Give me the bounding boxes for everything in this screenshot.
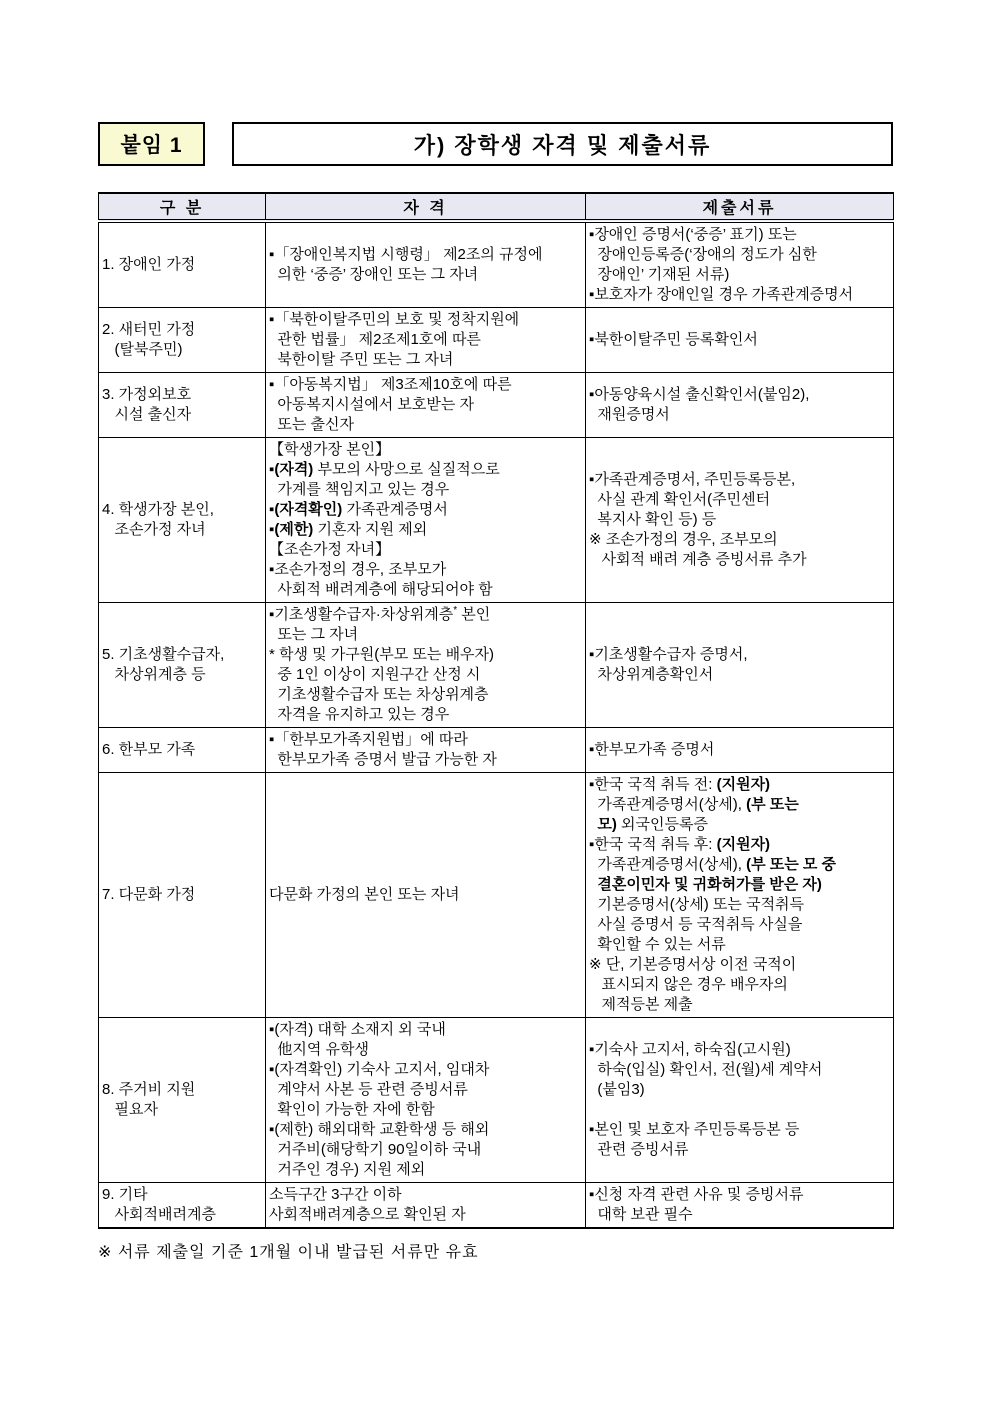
text-line: 대학 보관 필수 <box>589 1205 890 1225</box>
table-row: 1. 장애인 가정▪「장애인복지법 시행령」 제2조의 규정에 의한 ‘중증’ … <box>99 221 894 308</box>
col-header-category: 구 분 <box>99 193 266 221</box>
qualification-cell: ▪「장애인복지법 시행령」 제2조의 규정에 의한 ‘중증’ 장애인 또는 그 … <box>266 221 586 308</box>
text-line: 또는 출신자 <box>269 415 582 435</box>
text-line: ▪「한부모가족지원법」에 따라 <box>269 730 582 750</box>
text-line: 차상위계층확인서 <box>589 665 890 685</box>
text-line: ▪기초생활수급자·차상위계층* 본인 <box>269 605 582 625</box>
documents-cell: ▪한국 국적 취득 전: (지원자) 가족관계증명서(상세), (부 또는 모)… <box>586 773 894 1018</box>
text-line: 他지역 유학생 <box>269 1040 582 1060</box>
table-row: 2. 새터민 가정 (탈북주민)▪「북한이탈주민의 보호 및 정착지원에 관한 … <box>99 308 894 373</box>
text-line: 필요자 <box>102 1100 262 1120</box>
text-line: 사실 관계 확인서(주민센터 <box>589 490 890 510</box>
text-line: 자격을 유지하고 있는 경우 <box>269 705 582 725</box>
text-line: (탈북주민) <box>102 340 262 360</box>
table-row: 8. 주거비 지원 필요자▪(자격) 대학 소재지 외 국내 他지역 유학생▪(… <box>99 1018 894 1183</box>
text-line: ▪조손가정의 경우, 조부모가 <box>269 560 582 580</box>
qualification-cell: 【학생가장 본인】▪(자격) 부모의 사망으로 실질적으로 가계를 책임지고 있… <box>266 438 586 603</box>
documents-cell: ▪아동양육시설 출신확인서(붙임2), 재원증명서 <box>586 373 894 438</box>
text-line: ▪「아동복지법」 제3조제10호에 따른 <box>269 375 582 395</box>
category-cell: 6. 한부모 가족 <box>99 728 266 773</box>
text-line: ▪(자격) 대학 소재지 외 국내 <box>269 1020 582 1040</box>
text-line: ▪「북한이탈주민의 보호 및 정착지원에 <box>269 310 582 330</box>
documents-cell: ▪신청 자격 관련 사유 및 증빙서류 대학 보관 필수 <box>586 1183 894 1229</box>
text-line: 한부모가족 증명서 발급 가능한 자 <box>269 750 582 770</box>
text-line: 관한 법률」 제2조제1호에 따른 <box>269 330 582 350</box>
text-line: 확인할 수 있는 서류 <box>589 935 890 955</box>
text-line: 사실 증명서 등 국적취득 사실을 <box>589 915 890 935</box>
header-row: 구 분 자 격 제출서류 <box>99 193 894 221</box>
category-cell: 5. 기초생활수급자, 차상위계층 등 <box>99 603 266 728</box>
text-line: 【조손가정 자녀】 <box>269 540 582 560</box>
category-cell: 9. 기타 사회적배려계층 <box>99 1183 266 1229</box>
category-cell: 2. 새터민 가정 (탈북주민) <box>99 308 266 373</box>
text-line: 4. 학생가장 본인, <box>102 500 262 520</box>
text-line: ▪(제한) 해외대학 교환학생 등 해외 <box>269 1120 582 1140</box>
text-line: 6. 한부모 가족 <box>102 740 262 760</box>
category-cell: 8. 주거비 지원 필요자 <box>99 1018 266 1183</box>
page-header: 붙임 1 가) 장학생 자격 및 제출서류 <box>98 122 894 166</box>
table-row: 3. 가정외보호 시설 출신자▪「아동복지법」 제3조제10호에 따른 아동복지… <box>99 373 894 438</box>
text-line: 【학생가장 본인】 <box>269 440 582 460</box>
documents-cell: ▪장애인 증명서(‘중증’ 표기) 또는 장애인등록증(‘장애의 정도가 심한 … <box>586 221 894 308</box>
text-line: 가계를 책임지고 있는 경우 <box>269 480 582 500</box>
documents-cell: ▪북한이탈주민 등록확인서 <box>586 308 894 373</box>
text-line: ▪한국 국적 취득 후: (지원자) <box>589 835 890 855</box>
text-line: 계약서 사본 등 관련 증빙서류 <box>269 1080 582 1100</box>
text-line: 가족관계증명서(상세), (부 또는 <box>589 795 890 815</box>
qualification-cell: ▪「한부모가족지원법」에 따라 한부모가족 증명서 발급 가능한 자 <box>266 728 586 773</box>
text-line: ▪보호자가 장애인일 경우 가족관계증명서 <box>589 285 890 305</box>
text-line: 3. 가정외보호 <box>102 385 262 405</box>
text-line: 2. 새터민 가정 <box>102 320 262 340</box>
table-row: 6. 한부모 가족▪「한부모가족지원법」에 따라 한부모가족 증명서 발급 가능… <box>99 728 894 773</box>
table-row: 4. 학생가장 본인, 조손가정 자녀【학생가장 본인】▪(자격) 부모의 사망… <box>99 438 894 603</box>
text-line: 하숙(입실) 확인서, 전(월)세 계약서 <box>589 1060 890 1080</box>
col-header-documents: 제출서류 <box>586 193 894 221</box>
text-line: 사회적 배려계층에 해당되어야 함 <box>269 580 582 600</box>
col-header-qualification: 자 격 <box>266 193 586 221</box>
text-line: ※ 단, 기본증명서상 이전 국적이 <box>589 955 890 975</box>
document-page: 붙임 1 가) 장학생 자격 및 제출서류 구 분 자 격 제출서류 1. 장애… <box>98 122 894 1262</box>
eligibility-table: 구 분 자 격 제출서류 1. 장애인 가정▪「장애인복지법 시행령」 제2조의… <box>98 192 894 1229</box>
text-line: 조손가정 자녀 <box>102 520 262 540</box>
documents-cell: ▪기숙사 고지서, 하숙집(고시원) 하숙(입실) 확인서, 전(월)세 계약서… <box>586 1018 894 1183</box>
text-line: ▪기숙사 고지서, 하숙집(고시원) <box>589 1040 890 1060</box>
category-cell: 4. 학생가장 본인, 조손가정 자녀 <box>99 438 266 603</box>
table-row: 9. 기타 사회적배려계층소득구간 3구간 이하사회적배려계층으로 확인된 자▪… <box>99 1183 894 1229</box>
text-line: 장애인’ 기재된 서류) <box>589 265 890 285</box>
text-line: 사회적배려계층 <box>102 1205 262 1225</box>
text-line: 의한 ‘중증’ 장애인 또는 그 자녀 <box>269 265 582 285</box>
text-line: 중 1인 이상이 지원구간 산정 시 <box>269 665 582 685</box>
text-line: 결혼이민자 및 귀화허가를 받은 자) <box>589 875 890 895</box>
table-row: 7. 다문화 가정다문화 가정의 본인 또는 자녀▪한국 국적 취득 전: (지… <box>99 773 894 1018</box>
footnote: ※ 서류 제출일 기준 1개월 이내 발급된 서류만 유효 <box>98 1239 894 1262</box>
text-line: ▪(자격) 부모의 사망으로 실질적으로 <box>269 460 582 480</box>
text-line: 거주비(해당학기 90일이하 국내 <box>269 1140 582 1160</box>
table-body: 1. 장애인 가정▪「장애인복지법 시행령」 제2조의 규정에 의한 ‘중증’ … <box>99 221 894 1228</box>
text-line: 모) 외국인등록증 <box>589 815 890 835</box>
text-line: 1. 장애인 가정 <box>102 255 262 275</box>
qualification-cell: ▪「아동복지법」 제3조제10호에 따른 아동복지시설에서 보호받는 자 또는 … <box>266 373 586 438</box>
category-cell: 7. 다문화 가정 <box>99 773 266 1018</box>
text-line: ▪한국 국적 취득 전: (지원자) <box>589 775 890 795</box>
text-line: 관련 증빙서류 <box>589 1140 890 1160</box>
qualification-cell: ▪(자격) 대학 소재지 외 국내 他지역 유학생▪(자격확인) 기숙사 고지서… <box>266 1018 586 1183</box>
text-line: 차상위계층 등 <box>102 665 262 685</box>
qualification-cell: 다문화 가정의 본인 또는 자녀 <box>266 773 586 1018</box>
text-line: ▪「장애인복지법 시행령」 제2조의 규정에 <box>269 245 582 265</box>
text-line: 시설 출신자 <box>102 405 262 425</box>
text-line: 사회적배려계층으로 확인된 자 <box>269 1205 582 1225</box>
text-line: ▪(자격확인) 기숙사 고지서, 임대차 <box>269 1060 582 1080</box>
category-cell: 1. 장애인 가정 <box>99 221 266 308</box>
documents-cell: ▪가족관계증명서, 주민등록등본, 사실 관계 확인서(주민센터 복지사 확인 … <box>586 438 894 603</box>
text-line: 사회적 배려 계층 증빙서류 추가 <box>589 550 890 570</box>
text-line: ▪신청 자격 관련 사유 및 증빙서류 <box>589 1185 890 1205</box>
text-line: 7. 다문화 가정 <box>102 885 262 905</box>
category-cell: 3. 가정외보호 시설 출신자 <box>99 373 266 438</box>
text-line: 아동복지시설에서 보호받는 자 <box>269 395 582 415</box>
text-line: 복지사 확인 등) 등 <box>589 510 890 530</box>
text-line: ▪북한이탈주민 등록확인서 <box>589 330 890 350</box>
qualification-cell: 소득구간 3구간 이하사회적배려계층으로 확인된 자 <box>266 1183 586 1229</box>
text-line: ▪기초생활수급자 증명서, <box>589 645 890 665</box>
text-line: 재원증명서 <box>589 405 890 425</box>
text-line: ▪가족관계증명서, 주민등록등본, <box>589 470 890 490</box>
text-line: 표시되지 않은 경우 배우자의 <box>589 975 890 995</box>
text-line: 기초생활수급자 또는 차상위계층 <box>269 685 582 705</box>
text-line: ※ 조손가정의 경우, 조부모의 <box>589 530 890 550</box>
text-line: ▪본인 및 보호자 주민등록등본 등 <box>589 1120 890 1140</box>
text-line: 5. 기초생활수급자, <box>102 645 262 665</box>
documents-cell: ▪기초생활수급자 증명서, 차상위계층확인서 <box>586 603 894 728</box>
qualification-cell: ▪기초생활수급자·차상위계층* 본인 또는 그 자녀* 학생 및 가구원(부모 … <box>266 603 586 728</box>
text-line: * 학생 및 가구원(부모 또는 배우자) <box>269 645 582 665</box>
text-line <box>589 1100 890 1120</box>
text-line: ▪한부모가족 증명서 <box>589 740 890 760</box>
text-line: 또는 그 자녀 <box>269 625 582 645</box>
table-row: 5. 기초생활수급자, 차상위계층 등▪기초생활수급자·차상위계층* 본인 또는… <box>99 603 894 728</box>
text-line: ▪(자격확인) 가족관계증명서 <box>269 500 582 520</box>
documents-cell: ▪한부모가족 증명서 <box>586 728 894 773</box>
page-title: 가) 장학생 자격 및 제출서류 <box>232 122 893 166</box>
attachment-badge: 붙임 1 <box>98 122 205 166</box>
text-line: 8. 주거비 지원 <box>102 1080 262 1100</box>
qualification-cell: ▪「북한이탈주민의 보호 및 정착지원에 관한 법률」 제2조제1호에 따른 북… <box>266 308 586 373</box>
text-line: 거주인 경우) 지원 제외 <box>269 1160 582 1180</box>
text-line: 제적등본 제출 <box>589 995 890 1015</box>
text-line: ▪장애인 증명서(‘중증’ 표기) 또는 <box>589 225 890 245</box>
text-line: 북한이탈 주민 또는 그 자녀 <box>269 350 582 370</box>
table-header: 구 분 자 격 제출서류 <box>99 193 894 221</box>
text-line: 기본증명서(상세) 또는 국적취득 <box>589 895 890 915</box>
text-line: 소득구간 3구간 이하 <box>269 1185 582 1205</box>
text-line: ▪(제한) 기혼자 지원 제외 <box>269 520 582 540</box>
text-line: 장애인등록증(‘장애의 정도가 심한 <box>589 245 890 265</box>
text-line: 다문화 가정의 본인 또는 자녀 <box>269 885 582 905</box>
text-line: ▪아동양육시설 출신확인서(붙임2), <box>589 385 890 405</box>
text-line: 9. 기타 <box>102 1185 262 1205</box>
text-line: 확인이 가능한 자에 한함 <box>269 1100 582 1120</box>
text-line: 가족관계증명서(상세), (부 또는 모 중 <box>589 855 890 875</box>
text-line: (붙임3) <box>589 1080 890 1100</box>
